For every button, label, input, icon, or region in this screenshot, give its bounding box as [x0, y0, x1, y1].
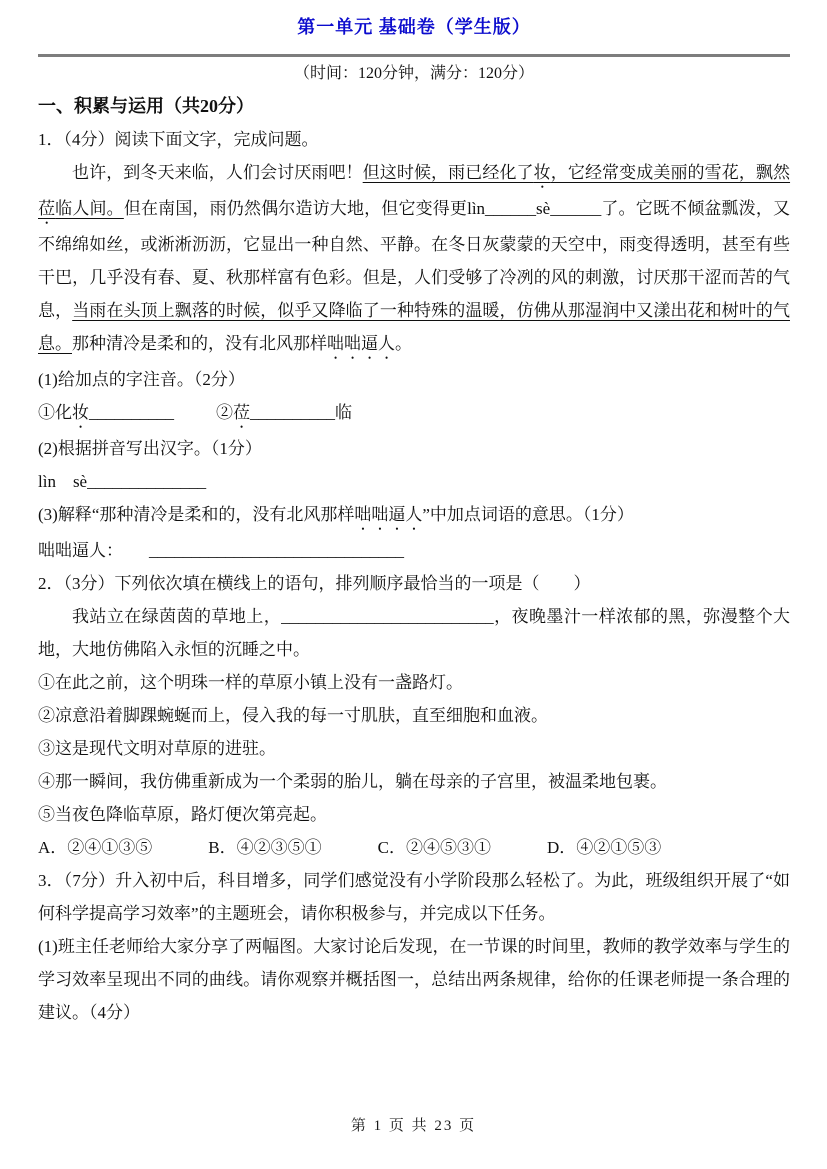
q2-stem: 2．（3分）下列依次填在横线上的语句，排列顺序最恰当的一项是（ ） [38, 567, 790, 600]
answer-blank: _________________________ [281, 607, 494, 626]
q2-item-2: ②凉意沿着脚踝蜿蜒而上，侵入我的每一寸肌肤，直至细胞和血液。 [38, 699, 790, 732]
option-d: D．④②①⑤③ [547, 838, 661, 857]
label-text: ”中加点词语的意思。（1分） [422, 505, 634, 524]
answer-blank: __________ [89, 403, 174, 422]
dotted-phrase: 咄咄逼人 [354, 505, 422, 524]
q2-context: 我站立在绿茵茵的草地上，_________________________，夜晚… [38, 600, 790, 666]
context-text: 我站立在绿茵茵的草地上， [72, 607, 281, 626]
section-heading: 一、积累与运用（共20分） [38, 90, 790, 123]
answer-blank: ______ [550, 199, 601, 218]
underlined-text: ，它经常变成美丽的雪花，飘然 [551, 163, 790, 182]
answer-label: 咄咄逼人： [38, 541, 123, 560]
passage-text: 。 [395, 334, 412, 353]
option-b: B．④②③⑤① [208, 838, 321, 857]
item-text: 临 [335, 403, 352, 422]
q1-sub3-label: (3)解释“那种清冷是柔和的，没有北风那样咄咄逼人”中加点词语的意思。（1分） [38, 498, 790, 534]
q1-sub3-answer-line: 咄咄逼人：______________________________ [38, 534, 790, 567]
q2-item-1: ①在此之前，这个明珠一样的草原小镇上没有一盏路灯。 [38, 666, 790, 699]
option-a: A．②④①③⑤ [38, 838, 152, 857]
item-text: ② [216, 403, 233, 422]
answer-blank: ______________________________ [149, 541, 404, 560]
item-text: ①化 [38, 403, 72, 422]
q3-stem: 3．（7分）升入初中后，科目增多，同学们感觉没有小学阶段那么轻松了。为此，班级组… [38, 864, 790, 930]
answer-blank: ______ [485, 199, 536, 218]
document-page: 第一单元 基础卷（学生版） （时间：120分钟，满分：120分） 一、积累与运用… [0, 0, 827, 1169]
passage-text: sè [536, 199, 550, 218]
dotted-char: 妆 [534, 163, 551, 182]
q1-sub1-label: (1)给加点的字注音。（2分） [38, 363, 790, 396]
q2-options-row: A．②④①③⑤B．④②③⑤①C．②④⑤③①D．④②①⑤③ [38, 831, 790, 864]
q2-item-5: ⑤当夜色降临草原，路灯便次第亮起。 [38, 798, 790, 831]
passage-text: 也许，到冬天来临，人们会讨厌雨吧！ [72, 163, 363, 182]
answer-blank: __________ [250, 403, 335, 422]
dotted-phrase: 咄咄逼人 [327, 334, 395, 353]
passage-text: 那种清冷是柔和的，没有北风那样 [72, 334, 327, 353]
dotted-char: 莅 [38, 199, 55, 218]
document-content: 第一单元 基础卷（学生版） （时间：120分钟，满分：120分） 一、积累与运用… [0, 0, 827, 1029]
label-text: (3)解释“那种清冷是柔和的，没有北风那样 [38, 505, 354, 524]
option-c: C．②④⑤③① [378, 838, 491, 857]
underlined-text: 临人间。 [55, 199, 124, 218]
q3-sub1: (1)班主任老师给大家分享了两幅图。大家讨论后发现，在一节课的时间里，教师的教学… [38, 930, 790, 1029]
q1-sub1-items: ①化妆__________②莅__________临 [38, 396, 790, 432]
q1-sub2-label: (2)根据拼音写出汉字。（1分） [38, 432, 790, 465]
dotted-char: 莅 [233, 403, 250, 422]
answer-blank: ______________ [87, 472, 206, 491]
pinyin-text: lìn sè [38, 472, 87, 491]
dotted-char: 妆 [72, 403, 89, 422]
underlined-text: 但这时候，雨已经化了 [363, 163, 534, 182]
page-title: 第一单元 基础卷（学生版） [38, 12, 790, 42]
q1-passage: 也许，到冬天来临，人们会讨厌雨吧！但这时候，雨已经化了妆，它经常变成美丽的雪花，… [38, 156, 790, 363]
q1-sub2-answer-line: lìn sè______________ [38, 465, 790, 498]
q2-item-4: ④那一瞬间，我仿佛重新成为一个柔弱的胎儿，躺在母亲的子宫里，被温柔地包裹。 [38, 765, 790, 798]
q2-item-3: ③这是现代文明对草原的进驻。 [38, 732, 790, 765]
passage-text: 但在南国，雨仍然偶尔造访大地，但它变得更lìn [124, 199, 485, 218]
q1-stem: 1．（4分）阅读下面文字，完成问题。 [38, 123, 790, 156]
exam-time-score: （时间：120分钟，满分：120分） [38, 57, 790, 90]
page-footer: 第 1 页 共 23 页 [0, 1114, 827, 1135]
